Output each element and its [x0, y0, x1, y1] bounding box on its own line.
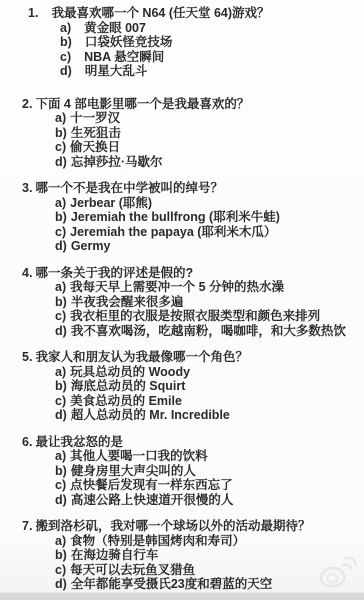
option-label: b) [55, 548, 67, 563]
question-number: 7. [22, 519, 32, 534]
question-title: 7. 搬到洛杉矶，我对哪一个球场以外的活动最期待？ [22, 519, 358, 534]
question-2-option-c: c) 偷天换日 [22, 140, 358, 155]
question-number: 4. [22, 266, 32, 281]
question-5-option-a: a) 玩具总动员的 Woody [22, 365, 358, 380]
quiz-content: 1. 我最喜欢哪一个 N64 (任天堂 64)游戏？ a) 黄金眼 007 b)… [22, 6, 358, 600]
question-text: 搬到洛杉矶，我对哪一个球场以外的活动最期待？ [35, 519, 310, 534]
question-5-option-c: c) 美食总动员的 Emile [22, 394, 358, 409]
question-5-option-b: b) 海底总动员的 Squirt [22, 379, 358, 394]
option-text: 我衣柜里的衣服是按照衣服类型和颜色来排列 [70, 309, 320, 324]
question-5: 5. 我家人和朋友认为我最像哪一个角色？ a) 玩具总动员的 Woody b) … [22, 350, 358, 423]
question-7-option-d: d) 全年都能享受摄氏23度和碧蓝的天空 [22, 577, 358, 592]
option-text: 高速公路上快速道开很慢的人 [71, 493, 234, 508]
question-3-option-c: c) Jeremiah the papaya (耶利米木瓜） [22, 225, 358, 240]
option-text: 在海边骑自行车 [71, 548, 159, 563]
option-label: c) [55, 140, 66, 155]
option-text: 口袋妖怪竞技场 [85, 35, 173, 50]
question-1-option-d: d) 明星大乱斗 [22, 64, 358, 79]
option-text: 明星大乱斗 [85, 64, 148, 79]
option-text: 超人总动员的 Mr. Incredible [71, 408, 230, 423]
question-3: 3. 哪一个不是我在中学被叫的绰号？ a) Jerbear (耶熊) b) Je… [22, 181, 358, 254]
option-label: d) [55, 155, 67, 170]
question-1-option-c: c) NBA 悬空瞬间 [22, 50, 358, 65]
question-4: 4. 哪一条关于我的评述是假的? a) 我每天早上需要冲一个 5 分钟的热水澡 … [22, 266, 358, 339]
question-text: 下面 4 部电影里哪一个是我最喜欢的？ [35, 97, 249, 112]
option-label: a) [60, 21, 71, 36]
option-label: a) [55, 280, 66, 295]
option-text: 忘掉莎拉·马歇尔 [71, 155, 163, 170]
question-text: 哪一条关于我的评述是假的? [35, 266, 193, 281]
option-label: a) [55, 365, 66, 380]
option-label: a) [55, 111, 66, 126]
question-1-option-b: b) 口袋妖怪竞技场 [22, 35, 358, 50]
question-title: 1. 我最喜欢哪一个 N64 (任天堂 64)游戏？ [22, 6, 358, 21]
question-7: 7. 搬到洛杉矶，我对哪一个球场以外的活动最期待？ a) 食物（特别是韩国烤肉和… [22, 519, 358, 592]
option-label: d) [55, 577, 67, 592]
option-text: Jerbear (耶熊) [70, 196, 152, 211]
option-label: c) [55, 309, 66, 324]
question-6-option-a: a) 其他人要喝一口我的饮料 [22, 449, 358, 464]
option-text: 全年都能享受摄氏23度和碧蓝的天空 [71, 577, 272, 592]
photo-bottom-edge [0, 592, 364, 600]
question-2-option-b: b) 生死狙击 [22, 126, 358, 141]
option-text: Jeremiah the papaya (耶利米木瓜） [70, 225, 276, 240]
option-label: c) [55, 394, 66, 409]
question-6: 6. 最让我忿怒的是 a) 其他人要喝一口我的饮料 b) 健身房里大声尖叫的人 … [22, 435, 358, 508]
option-label: d) [55, 239, 67, 254]
option-label: b) [55, 379, 67, 394]
question-text: 我最喜欢哪一个 N64 (任天堂 64)游戏？ [51, 6, 269, 21]
question-6-option-c: c) 点快餐后发现有一样东西忘了 [22, 478, 358, 493]
question-title: 4. 哪一条关于我的评述是假的? [22, 266, 358, 281]
question-5-option-d: d) 超人总动员的 Mr. Incredible [22, 408, 358, 423]
option-label: a) [55, 449, 66, 464]
question-3-option-b: b) Jeremiah the bullfrong (耶利米牛蛙) [22, 210, 358, 225]
question-3-option-a: a) Jerbear (耶熊) [22, 196, 358, 211]
question-number: 1. [28, 6, 38, 21]
question-4-option-d: d) 我不喜欢喝汤，吃越南粉，喝咖啡，和大多数热饮 [22, 324, 358, 339]
question-number: 2. [22, 97, 32, 112]
option-text: 每天可以去玩鱼叉猎鱼 [70, 563, 195, 578]
option-text: 十一罗汉 [70, 111, 120, 126]
question-title: 2. 下面 4 部电影里哪一个是我最喜欢的？ [22, 97, 358, 112]
option-label: b) [55, 210, 67, 225]
question-3-option-d: d) Germy [22, 239, 358, 254]
option-text: 我每天早上需要冲一个 5 分钟的热水澡 [70, 280, 284, 295]
option-text: 黄金眼 007 [84, 21, 146, 36]
question-4-option-c: c) 我衣柜里的衣服是按照衣服类型和颜色来排列 [22, 309, 358, 324]
option-text: 海底总动员的 Squirt [71, 379, 186, 394]
option-label: c) [55, 563, 66, 578]
question-1-option-a: a) 黄金眼 007 [22, 21, 358, 36]
option-text: Jeremiah the bullfrong (耶利米牛蛙) [71, 210, 280, 225]
option-text: 生死狙击 [71, 126, 121, 141]
option-text: 点快餐后发现有一样东西忘了 [70, 478, 233, 493]
option-label: d) [60, 64, 72, 79]
question-text: 最让我忿怒的是 [35, 435, 123, 450]
option-label: b) [55, 295, 67, 310]
option-text: 偷天换日 [70, 140, 120, 155]
question-7-option-c: c) 每天可以去玩鱼叉猎鱼 [22, 563, 358, 578]
option-label: b) [55, 126, 67, 141]
option-text: Germy [71, 239, 111, 254]
option-label: a) [55, 534, 66, 549]
option-text: 健身房里大声尖叫的人 [71, 464, 196, 479]
question-text: 哪一个不是我在中学被叫的绰号？ [35, 181, 223, 196]
option-label: c) [55, 225, 66, 240]
option-text: 食物（特别是韩国烤肉和寿司） [70, 534, 245, 549]
question-6-option-d: d) 高速公路上快速道开很慢的人 [22, 493, 358, 508]
option-label: c) [55, 478, 66, 493]
question-4-option-a: a) 我每天早上需要冲一个 5 分钟的热水澡 [22, 280, 358, 295]
option-label: b) [60, 35, 72, 50]
question-2-option-a: a) 十一罗汉 [22, 111, 358, 126]
question-text: 我家人和朋友认为我最像哪一个角色？ [35, 350, 248, 365]
option-label: d) [55, 408, 67, 423]
quiz-document-page: 1. 我最喜欢哪一个 N64 (任天堂 64)游戏？ a) 黄金眼 007 b)… [0, 0, 364, 600]
question-2: 2. 下面 4 部电影里哪一个是我最喜欢的？ a) 十一罗汉 b) 生死狙击 c… [22, 97, 358, 170]
option-label: c) [60, 50, 71, 65]
option-label: a) [55, 196, 66, 211]
question-title: 3. 哪一个不是我在中学被叫的绰号？ [22, 181, 358, 196]
option-label: d) [55, 493, 67, 508]
question-4-option-b: b) 半夜我会醒来很多遍 [22, 295, 358, 310]
question-7-option-b: b) 在海边骑自行车 [22, 548, 358, 563]
option-label: d) [55, 324, 67, 339]
question-2-option-d: d) 忘掉莎拉·马歇尔 [22, 155, 358, 170]
option-text: 半夜我会醒来很多遍 [71, 295, 184, 310]
question-1: 1. 我最喜欢哪一个 N64 (任天堂 64)游戏？ a) 黄金眼 007 b)… [22, 6, 358, 79]
option-label: b) [55, 464, 67, 479]
option-text: 玩具总动员的 Woody [70, 365, 190, 380]
question-title: 6. 最让我忿怒的是 [22, 435, 358, 450]
option-text: 美食总动员的 Emile [70, 394, 182, 409]
option-text: NBA 悬空瞬间 [84, 50, 164, 65]
question-number: 3. [22, 181, 32, 196]
question-7-option-a: a) 食物（特别是韩国烤肉和寿司） [22, 534, 358, 549]
question-6-option-b: b) 健身房里大声尖叫的人 [22, 464, 358, 479]
option-text: 我不喜欢喝汤，吃越南粉，喝咖啡，和大多数热饮 [71, 324, 346, 339]
question-number: 5. [22, 350, 32, 365]
option-text: 其他人要喝一口我的饮料 [70, 449, 208, 464]
question-number: 6. [22, 435, 32, 450]
question-title: 5. 我家人和朋友认为我最像哪一个角色？ [22, 350, 358, 365]
weibo-watermark-icon [315, 553, 357, 591]
